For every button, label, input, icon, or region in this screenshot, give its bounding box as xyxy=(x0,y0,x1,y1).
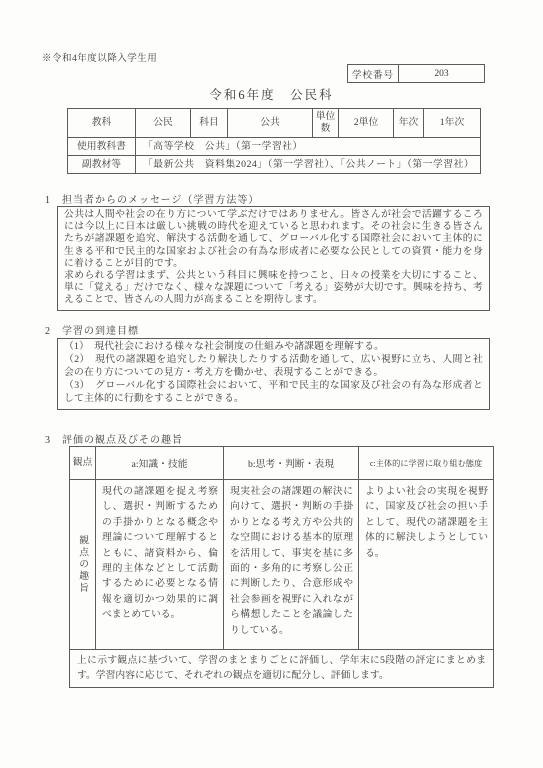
course-value: 公共 xyxy=(228,109,313,138)
evaluation-header-row: 観点 a:知識・技能 b:思考・判断・表現 c:主体的に学習に取り組む態度 xyxy=(70,447,494,480)
column-header-attitude: c:主体的に学習に取り組む態度 xyxy=(359,447,494,480)
message-paragraph-1: 公共は人間や社会の在り方について学ぶだけではありません。皆さんが社会で活躍するこ… xyxy=(64,209,483,270)
course-info-header-row: 教科 公民 科目 公共 単位数 2単位 年次 1年次 xyxy=(68,109,481,138)
column-header-knowledge: a:知識・技能 xyxy=(96,447,224,480)
column-header-thinking: b:思考・判断・表現 xyxy=(224,447,359,480)
subject-label: 教科 xyxy=(68,109,136,138)
document-title: 令和6年度 公民科 xyxy=(0,85,543,103)
purpose-cell-knowledge: 現代の諸課題を捉え考察し、選択・判断するための手掛かりとなる概念や理論について理… xyxy=(96,480,224,650)
materials-value: 「最新公共 資料集2024」（第一学習社）、「公共ノート」（第一学習社） xyxy=(136,156,481,174)
course-label: 科目 xyxy=(191,109,228,138)
entry-year-note: ※令和4年度以降入学生用 xyxy=(42,50,157,64)
grade-label: 年次 xyxy=(394,109,424,138)
school-number-label: 学校番号 xyxy=(348,65,399,83)
section2-heading: 2 学習の到達目標 xyxy=(45,322,139,337)
evaluation-note-row: 上に示す観点に基づいて、学習のまとまりごとに評価し、学年末に5段階の評定にまとめ… xyxy=(70,650,494,688)
learning-goals-box: （1） 現代社会における様々な社会制度の仕組みや諸課題を理解する。 （2） 現代… xyxy=(57,338,490,410)
message-paragraph-2: 求められる学習はまず、公共という科目に興味を持つこと、日々の授業を大切にすること… xyxy=(64,270,483,307)
course-info-table: 教科 公民 科目 公共 単位数 2単位 年次 1年次 使用教科書 「高等学校 公… xyxy=(67,108,481,174)
row-label-purpose: 観点の趣旨 xyxy=(70,480,96,650)
syllabus-document-page: ※令和4年度以降入学生用 学校番号 203 令和6年度 公民科 教科 公民 科目… xyxy=(0,0,543,768)
school-number-value: 203 xyxy=(399,65,485,83)
purpose-cell-thinking: 現実社会の諸課題の解決に向けて、選択・判断の手掛かりとなる考え方や公共的な空間に… xyxy=(224,480,359,650)
section3-heading: 3 評価の観点及びその趣旨 xyxy=(45,431,183,446)
school-number-box: 学校番号 203 xyxy=(347,64,485,83)
materials-label: 副教材等 xyxy=(68,156,136,174)
purpose-cell-attitude: よりよい社会の実現を視野に、国家及び社会の担い手として、現代の諸課題を主体的に解… xyxy=(359,480,494,650)
viewpoint-corner-cell: 観点 xyxy=(70,447,96,480)
materials-row: 副教材等 「最新公共 資料集2024」（第一学習社）、「公共ノート」（第一学習社… xyxy=(68,156,481,174)
textbook-value: 「高等学校 公共」（第一学習社） xyxy=(136,138,481,156)
teacher-message-box: 公共は人間や社会の在り方について学ぶだけではありません。皆さんが社会で活躍するこ… xyxy=(57,206,490,311)
evaluation-table: 観点 a:知識・技能 b:思考・判断・表現 c:主体的に学習に取り組む態度 観点… xyxy=(69,446,494,688)
credits-value: 2単位 xyxy=(339,109,394,138)
goal-item-1: （1） 現代社会における様々な社会制度の仕組みや諸課題を理解する。 xyxy=(64,341,483,354)
evaluation-note: 上に示す観点に基づいて、学習のまとまりごとに評価し、学年末に5段階の評定にまとめ… xyxy=(70,650,494,688)
evaluation-purpose-row: 観点の趣旨 現代の諸課題を捉え考察し、選択・判断するための手掛かりとなる概念や理… xyxy=(70,480,494,650)
grade-value: 1年次 xyxy=(424,109,481,138)
textbook-row: 使用教科書 「高等学校 公共」（第一学習社） xyxy=(68,138,481,156)
goal-item-2: （2） 現代の諸課題を追究したり解決したりする活動を通して、広い視野に立ち、人間… xyxy=(64,354,483,380)
goal-item-3: （3） グローバル化する国際社会において、平和で民主的な国家及び社会の有為な形成… xyxy=(64,380,483,406)
textbook-label: 使用教科書 xyxy=(68,138,136,156)
row-label-purpose-text: 観点の趣旨 xyxy=(75,535,90,594)
subject-value: 公民 xyxy=(136,109,191,138)
section1-heading: 1 担当者からのメッセージ（学習方法等） xyxy=(45,191,259,206)
credits-label: 単位数 xyxy=(313,109,339,138)
